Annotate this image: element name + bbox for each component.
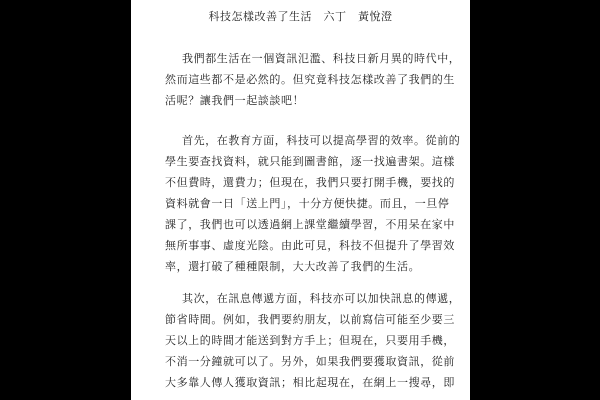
paragraph-line: 資料就會一日「送上門」，十分方便快捷。而且，一旦停 bbox=[165, 193, 445, 214]
document-viewer: 科技怎樣改善了生活 六丁 黃悅澄 我們都生活在一個資訊氾濫、科技日新月異的時代中… bbox=[0, 0, 600, 400]
paragraph-line: 率，還打破了種種限制，大大改善了我們的生活。 bbox=[165, 256, 445, 277]
paragraph-line: 首先，在教育方面，科技可以提高學習的效率。從前的 bbox=[165, 130, 445, 151]
paragraph-line: 大多靠人傳人獲取資訊；相比起現在，在網上一搜尋，即 bbox=[165, 372, 445, 393]
paragraph-line: 不消一分鐘就可以了。另外，如果我們要獲取資訊，從前 bbox=[165, 351, 445, 372]
paragraph-line: 我們都生活在一個資訊氾濫、科技日新月異的時代中， bbox=[165, 48, 445, 69]
document-title: 科技怎樣改善了生活 六丁 黃悅澄 bbox=[131, 8, 470, 24]
paragraph-line: 不但費時，還費力；但現在，我們只要打開手機，要找的 bbox=[165, 172, 445, 193]
paragraph-intro: 我們都生活在一個資訊氾濫、科技日新月異的時代中， 然而這些都不是必然的。但究竟科… bbox=[165, 48, 445, 111]
paragraph-line: 天以上的時間才能送到對方手上；但現在，只要用手機， bbox=[165, 330, 445, 351]
document-page[interactable]: 科技怎樣改善了生活 六丁 黃悅澄 我們都生活在一個資訊氾濫、科技日新月異的時代中… bbox=[131, 0, 470, 400]
paragraph-communication: 其次，在訊息傳遞方面，科技亦可以加快訊息的傳遞， 節省時間。例如，我們要約朋友，… bbox=[165, 288, 445, 393]
paragraph-line: 活呢？讓我們一起談談吧！ bbox=[165, 90, 445, 111]
paragraph-line: 無所事事、虛度光陰。由此可見，科技不但提升了學習效 bbox=[165, 235, 445, 256]
paragraph-line: 學生要查找資料，就只能到圖書館，逐一找遍書架。這樣 bbox=[165, 151, 445, 172]
paragraph-line: 節省時間。例如，我們要約朋友，以前寫信可能至少要三 bbox=[165, 309, 445, 330]
paragraph-line: 課了，我們也可以透過網上課堂繼續學習，不用呆在家中 bbox=[165, 214, 445, 235]
paragraph-line: 其次，在訊息傳遞方面，科技亦可以加快訊息的傳遞， bbox=[165, 288, 445, 309]
paragraph-line: 然而這些都不是必然的。但究竟科技怎樣改善了我們的生 bbox=[165, 69, 445, 90]
paragraph-education: 首先，在教育方面，科技可以提高學習的效率。從前的 學生要查找資料，就只能到圖書館… bbox=[165, 130, 445, 277]
